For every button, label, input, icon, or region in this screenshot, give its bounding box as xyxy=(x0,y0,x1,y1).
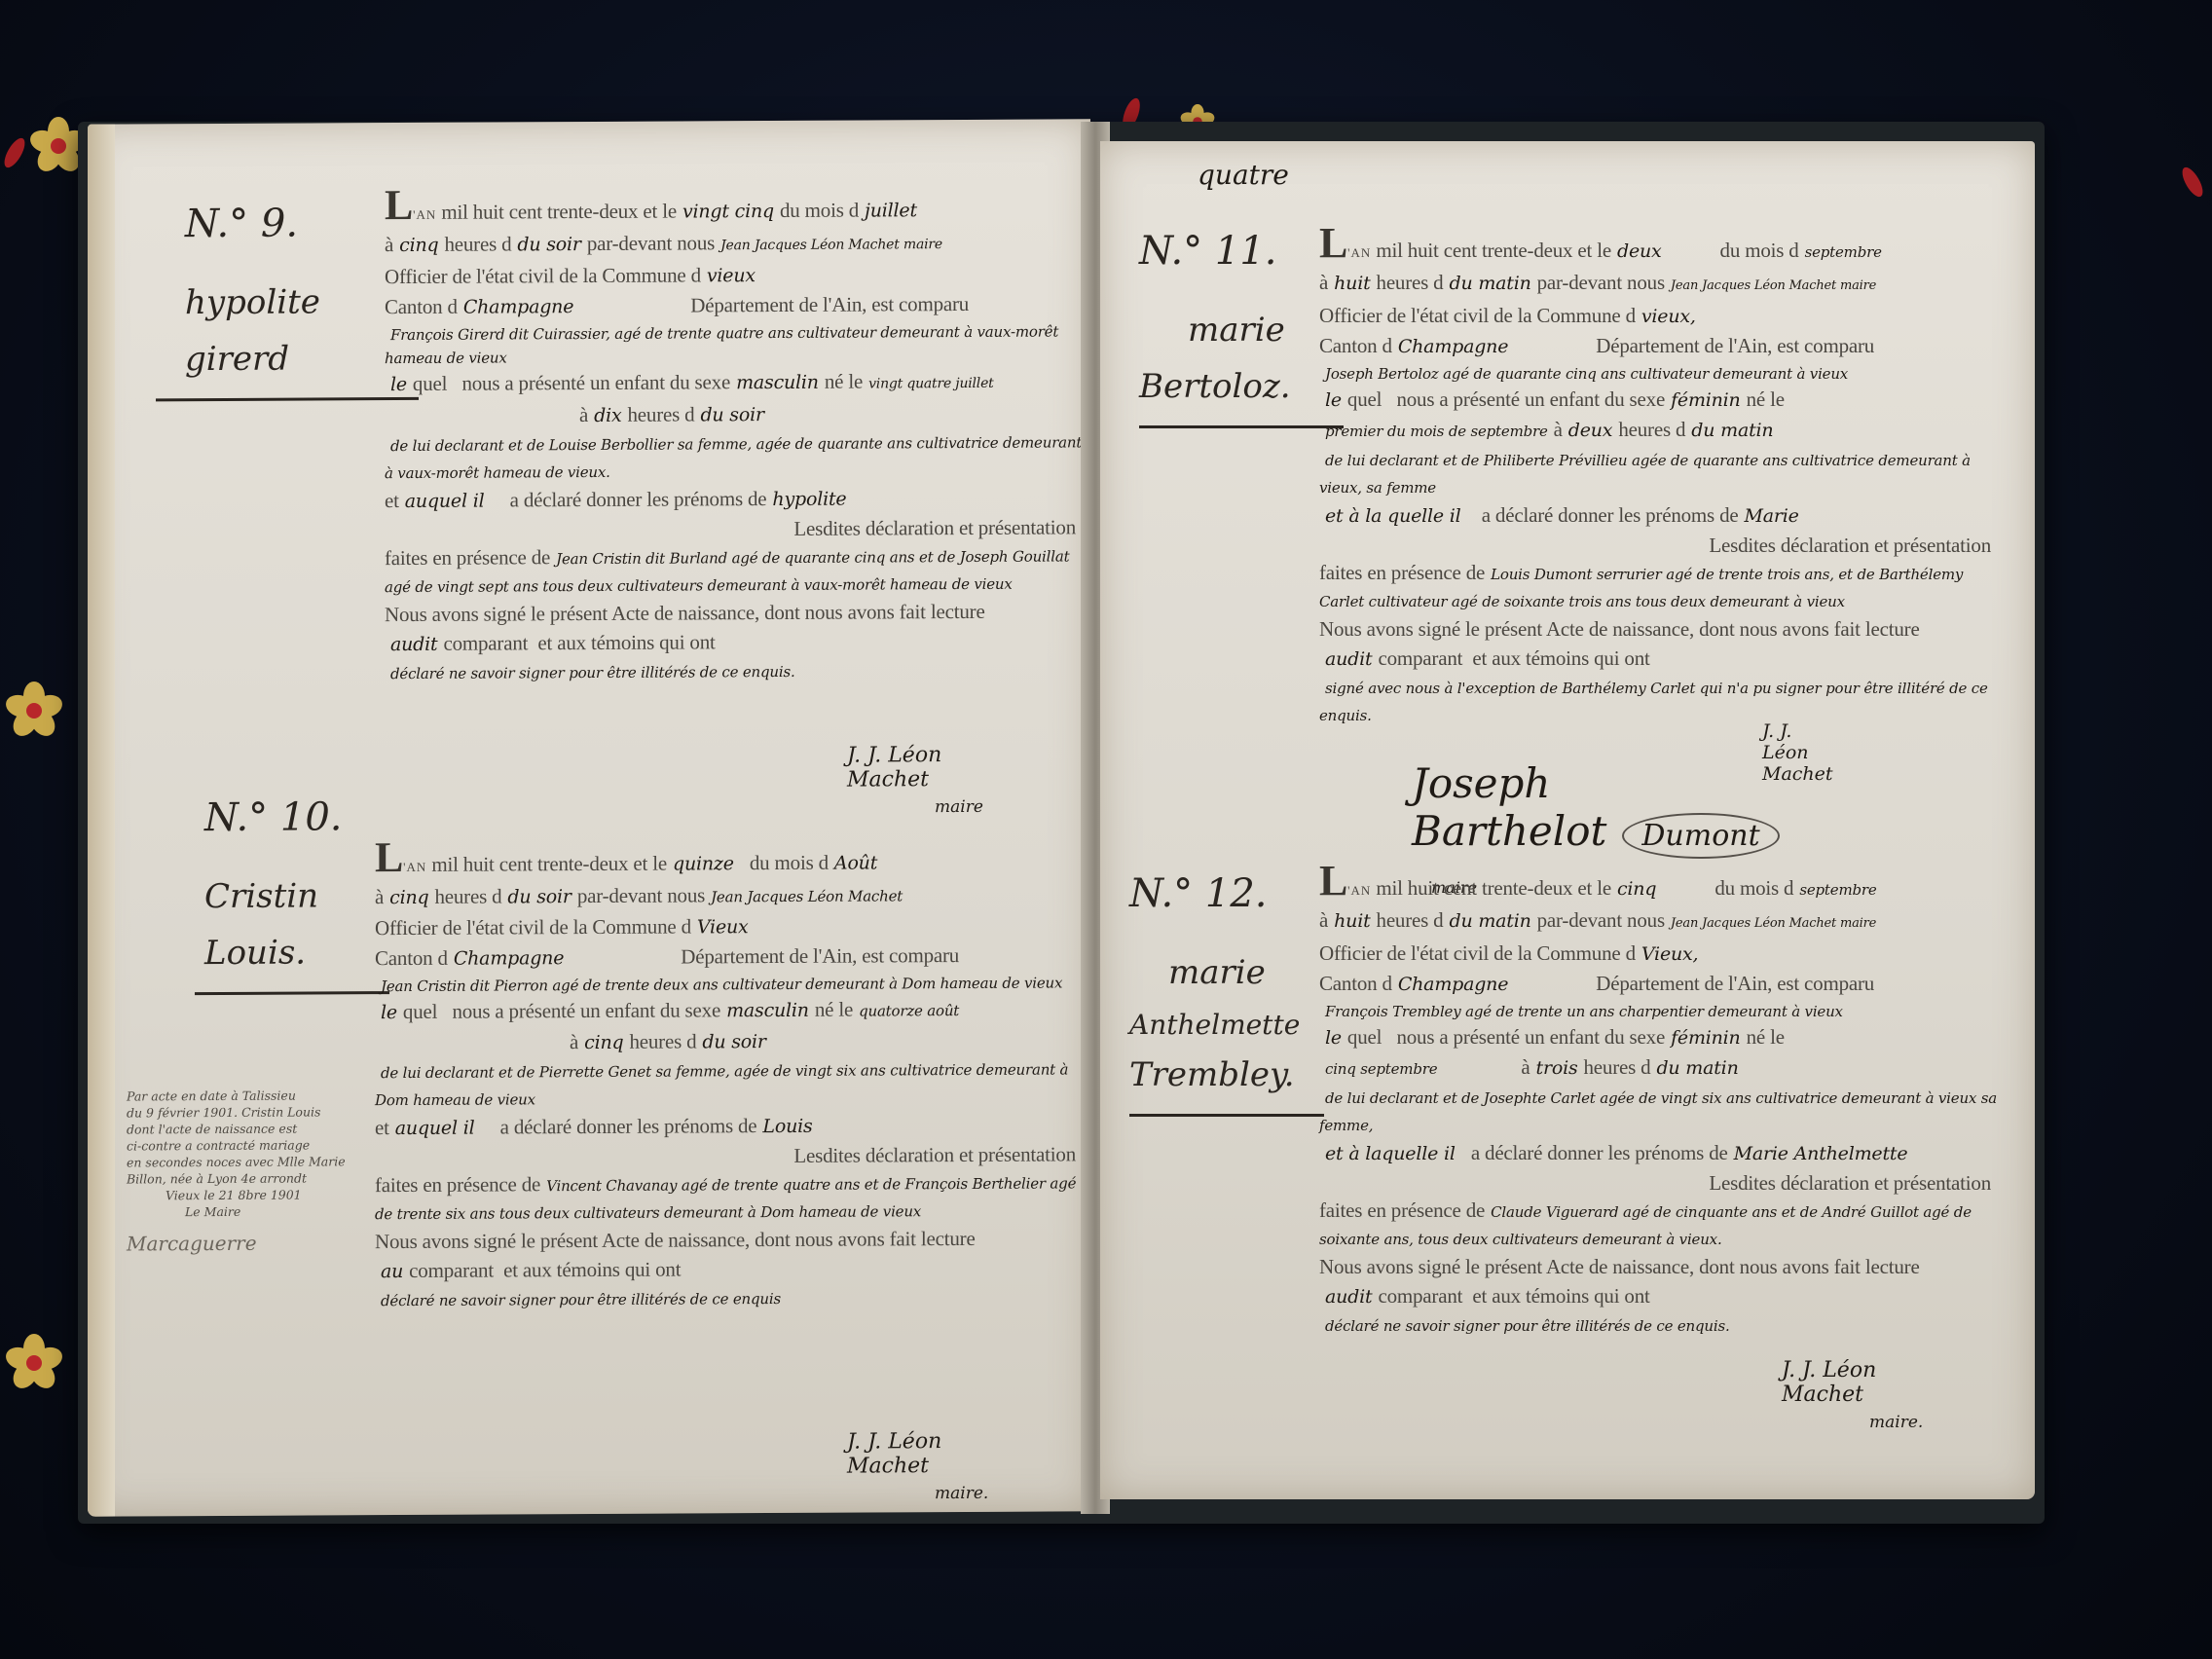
declarant: Joseph Bertoloz agé de quarante cinq ans… xyxy=(1325,365,1848,383)
child-surname: Trembley. xyxy=(1129,1048,1344,1104)
act-body: L'AN mil huit cent trente-deux et leving… xyxy=(385,187,1086,686)
given-name: Marie Anthelmette xyxy=(1734,1143,1908,1164)
act-margin: N.° 12. marie Anthelmette Trembley. xyxy=(1129,871,1344,1117)
declarant: François Trembley agé de trente un ans c… xyxy=(1325,1003,1843,1020)
act-month: juillet xyxy=(865,200,917,221)
act-day: vingt cinq xyxy=(682,201,774,222)
officer-name: Jean Jacques Léon Machet maire xyxy=(1671,916,1876,931)
mother: de lui declarant et de Philiberte Prévil… xyxy=(1319,452,1971,497)
mother: de lui declarant et de Louise Berbollier… xyxy=(385,433,1082,482)
register-book: N.° 9. hypolite girerd L'AN mil huit cen… xyxy=(78,122,2045,1524)
left-page: N.° 9. hypolite girerd L'AN mil huit cen… xyxy=(88,119,1090,1516)
declarant: Jean Cristin dit Pierron agé de trente d… xyxy=(381,974,1062,995)
annotation-signature: Marcaguerre xyxy=(127,1235,355,1252)
act-day: quinze xyxy=(673,853,734,874)
officer-name: Jean Jacques Léon Machet maire xyxy=(1671,278,1876,293)
act-day: deux xyxy=(1617,240,1662,262)
page-edge xyxy=(88,125,115,1517)
given-name: Louis xyxy=(762,1116,812,1137)
act-month: septembre xyxy=(1805,243,1882,261)
act-day: cinq xyxy=(1617,878,1656,900)
margin-brace xyxy=(1129,1114,1324,1117)
act-month: septembre xyxy=(1799,881,1876,899)
child-given-name: hypolite xyxy=(185,275,399,332)
embroidered-leaf-icon xyxy=(0,135,28,170)
act-number: N.° 9. xyxy=(185,201,399,246)
margin-brace xyxy=(156,397,419,401)
mother: de lui declarant et de Josephte Carlet a… xyxy=(1319,1089,1997,1134)
mayor-signature: J. J. Léon Machet maire. xyxy=(1782,1358,1923,1432)
given-name: hypolite xyxy=(772,489,846,510)
act-margin: N.° 9. hypolite girerd xyxy=(185,201,399,401)
child-surname: girerd xyxy=(185,331,399,388)
embroidered-flower-icon xyxy=(5,1334,63,1392)
child-middle-name: Anthelmette xyxy=(1129,1002,1344,1049)
act-month: Août xyxy=(834,852,877,873)
mother: de lui declarant et de Pierrette Genet s… xyxy=(375,1060,1068,1109)
child-given-name: marie xyxy=(1168,945,1344,1002)
marginal-annotation: Par acte en date à Talissieu du 9 févrie… xyxy=(127,1087,355,1252)
act-body: L'AN mil huit cent trente-deux et lecinq… xyxy=(1319,866,2001,1339)
mayor-signature: J. J. Léon Machet maire xyxy=(847,743,983,818)
given-name: Marie xyxy=(1745,505,1799,527)
officer-name: Jean Jacques Léon Machet maire xyxy=(720,237,942,253)
top-note: quatre xyxy=(1198,159,1289,191)
margin-brace xyxy=(195,991,389,995)
margin-brace xyxy=(1139,425,1344,428)
act-body: L'AN mil huit cent trente-deux et ledeux… xyxy=(1319,229,2001,728)
act-body: L'AN mil huit cent trente-deux et lequin… xyxy=(375,839,1086,1313)
right-page: quatre N.° 11. marie Bertoloz. L'AN mil … xyxy=(1100,141,2035,1499)
mayor-signature: J. J. Léon Machet maire. xyxy=(847,1429,988,1504)
embroidered-flower-icon xyxy=(5,682,63,740)
act-number: N.° 12. xyxy=(1129,871,1344,916)
embroidered-leaf-icon xyxy=(2178,165,2206,200)
declarant: François Girerd dit Cuirassier, agé de t… xyxy=(385,322,1058,367)
officer-name: Jean Jacques Léon Machet xyxy=(711,887,903,905)
